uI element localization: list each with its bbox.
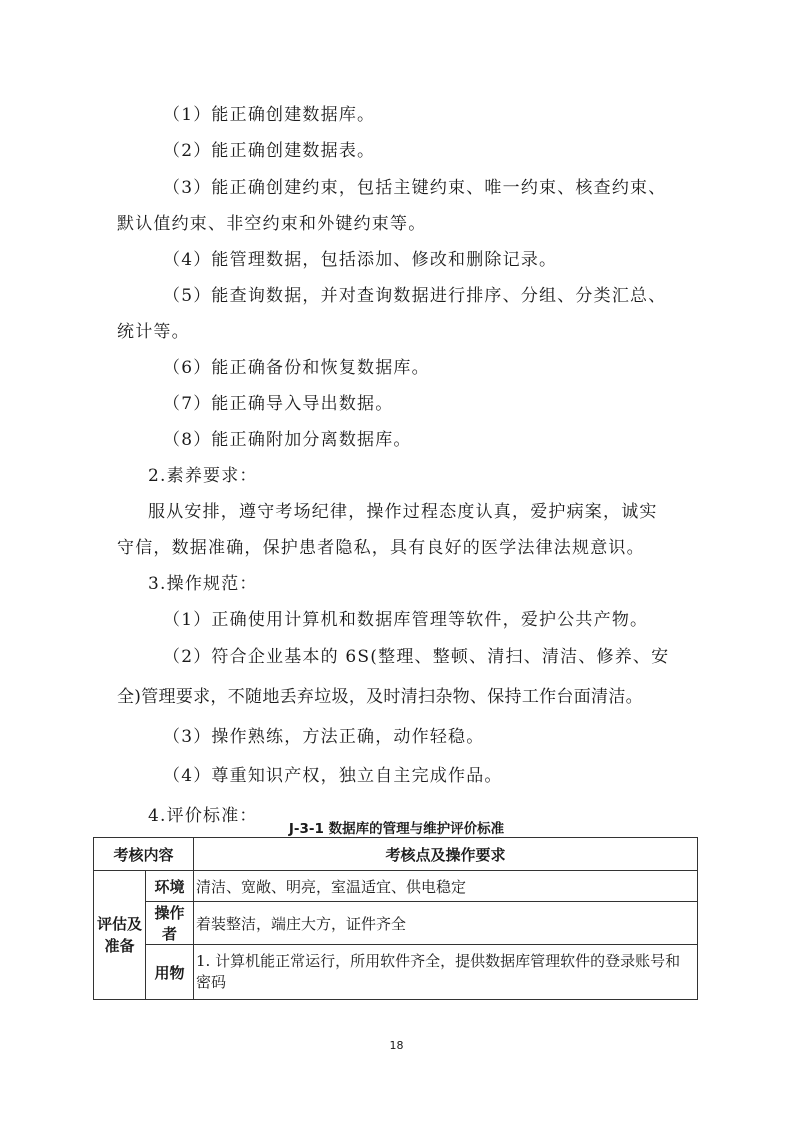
evaluation-table: 考核内容 考核点及操作要求 评估及准备 环境 清洁、宽敞、明亮，室温适宜、供电稳… (93, 837, 698, 1000)
norm-item-3: （3）操作熟练，方法正确，动作轻稳。 (163, 726, 484, 748)
row-requirement: 1. 计算机能正常运行，所用软件齐全，提供数据库管理软件的登录账号和密码 (194, 945, 698, 1000)
page-number: 18 (0, 1039, 793, 1052)
skill-item-7: （7）能正确导入导出数据。 (163, 393, 393, 415)
section-heading-norms: 3.操作规范： (148, 573, 258, 595)
header-assessment-content: 考核内容 (94, 838, 194, 871)
skill-item-3: （3）能正确创建约束，包括主键约束、唯一约束、核查约束、 (163, 177, 666, 199)
header-requirements: 考核点及操作要求 (194, 838, 698, 871)
table-row: 用物 1. 计算机能正常运行，所用软件齐全，提供数据库管理软件的登录账号和密码 (94, 945, 698, 1000)
skill-item-5: （5）能查询数据，并对查询数据进行排序、分组、分类汇总、 (163, 285, 666, 307)
quality-text-1: 服从安排，遵守考场纪律，操作过程态度认真，爱护病案，诚实 (148, 501, 658, 523)
norm-item-1: （1）正确使用计算机和数据库管理等软件，爱护公共产物。 (163, 609, 648, 631)
norm-item-2-cont: 全)管理要求，不随地丢弃垃圾，及时清扫杂物、保持工作台面清洁。 (117, 686, 643, 708)
skill-item-3-cont: 默认值约束、非空约束和外键约束等。 (117, 213, 426, 235)
row-item-label: 环境 (146, 871, 194, 902)
row-item-label: 用物 (146, 945, 194, 1000)
row-requirement: 着装整洁，端庄大方，证件齐全 (194, 902, 698, 945)
skill-item-1: （1）能正确创建数据库。 (163, 104, 375, 126)
quality-text-2: 守信，数据准确，保护患者隐私，具有良好的医学法律法规意识。 (117, 537, 645, 559)
skill-item-6: （6）能正确备份和恢复数据库。 (163, 357, 430, 379)
group-label: 评估及准备 (94, 871, 146, 1000)
skill-item-5-cont: 统计等。 (117, 321, 190, 343)
table-row: 操作者 着装整洁，端庄大方，证件齐全 (94, 902, 698, 945)
skill-item-4: （4）能管理数据，包括添加、修改和删除记录。 (163, 249, 557, 271)
table-header-row: 考核内容 考核点及操作要求 (94, 838, 698, 871)
norm-item-2: （2）符合企业基本的 6S(整理、整顿、清扫、清洁、修养、安 (163, 646, 669, 668)
row-requirement: 清洁、宽敞、明亮，室温适宜、供电稳定 (194, 871, 698, 902)
table-row: 评估及准备 环境 清洁、宽敞、明亮，室温适宜、供电稳定 (94, 871, 698, 902)
skill-item-8: （8）能正确附加分离数据库。 (163, 429, 412, 451)
table-caption: J-3-1 数据库的管理与维护评价标准 (0, 817, 793, 837)
skill-item-2: （2）能正确创建数据表。 (163, 140, 375, 162)
norm-item-4: （4）尊重知识产权，独立自主完成作品。 (163, 765, 503, 787)
row-item-label: 操作者 (146, 902, 194, 945)
section-heading-quality: 2.素养要求： (148, 465, 258, 487)
